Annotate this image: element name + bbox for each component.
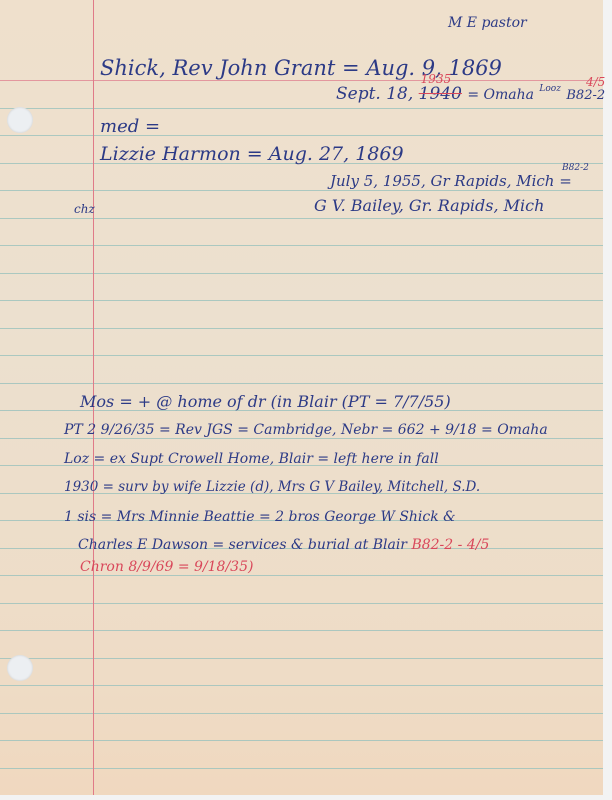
ruled-line [0,328,603,329]
ruled-line [0,273,603,274]
note-line-4: 1930 = surv by wife Lizzie (d), Mrs G V … [64,481,480,495]
ruled-line [0,108,603,109]
spouse-ref: B82-2 [562,164,589,173]
death-ref-red: 4/5 [586,76,605,88]
note-line-2: PT 2 9/26/35 = Rev JGS = Cambridge, Nebr… [64,423,548,437]
ruled-line [0,713,603,714]
top-red-rule [0,80,603,81]
punch-hole [7,655,33,681]
death-line: Sept. 18, 1940 1935 = Omaha Looz B82-2 [336,86,605,103]
ruled-line [0,383,603,384]
ruled-line [0,658,603,659]
punch-hole [7,107,33,133]
death-ref: B82-2 [566,88,605,103]
ruled-line [0,218,603,219]
note-line-6-text: Charles E Dawson = services & burial at … [78,537,407,553]
ruled-line [0,575,603,576]
death-place: = Omaha [467,87,534,103]
married-label: med = [100,118,160,136]
death-year-crossed: 1940 [419,84,462,104]
source-note: M E pastor [448,16,527,30]
child-line: G V. Bailey, Gr. Rapids, Mich [314,198,544,214]
ruled-line [0,630,603,631]
death-note: Looz [539,84,561,94]
ruled-line [0,768,603,769]
note-line-2-text: 9/26/35 = Rev JGS = Cambridge, Nebr = 66… [101,422,548,438]
ruled-line [0,355,603,356]
note-line-5: 1 sis = Mrs Minnie Beattie = 2 bros Geor… [64,510,456,524]
note-prefix: PT 2 [64,422,96,438]
notebook-paper: M E pastor Shick, Rev John Grant = Aug. … [0,0,603,795]
chronology-note: Chron 8/9/69 = 9/18/35) [80,560,253,574]
ruled-line [0,685,603,686]
death-date: Sept. 18, [336,84,413,104]
note-line-1: Mos = + @ home of dr (in Blair (PT = 7/7… [80,394,451,410]
ruled-line [0,245,603,246]
note-line-6: Charles E Dawson = services & burial at … [78,538,489,552]
ruled-line [0,300,603,301]
ruled-line [0,603,603,604]
child-label: chz [74,203,95,215]
note-line-3: Loz = ex Supt Crowell Home, Blair = left… [64,452,439,466]
ruled-line [0,740,603,741]
ruled-line [0,135,603,136]
ruled-line [0,438,603,439]
spouse-line: Lizzie Harmon = Aug. 27, 1869 [100,145,404,164]
death-year-corrected: 1935 [421,73,452,85]
spouse-death-line: July 5, 1955, Gr Rapids, Mich = [330,174,572,189]
note-ref-red: B82-2 - 4/5 [411,537,489,553]
ruled-line [0,190,603,191]
